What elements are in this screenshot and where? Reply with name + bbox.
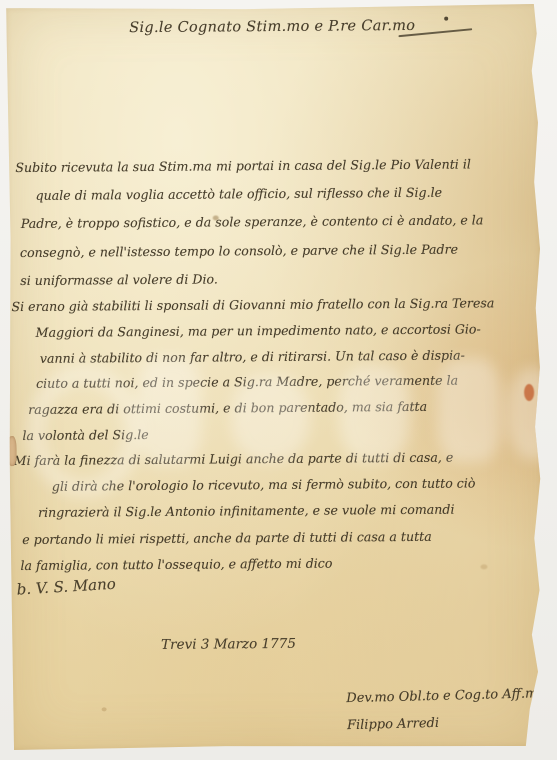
watermark-glyph xyxy=(507,368,544,460)
text-line: gli dirà che l'orologio lo ricevuto, ma … xyxy=(52,471,476,501)
salutation-line: Sig.le Cognato Stim.mo e P.re Car.mo xyxy=(6,17,538,37)
paragraph-2: Si erano già stabiliti li sponsali di Gi… xyxy=(11,290,495,449)
paper-stain xyxy=(213,215,219,220)
paragraph-3: Mi farà la finezza di salutarmi Luigi an… xyxy=(14,444,477,579)
text-line: Mi farà la finezza di salutarmi Luigi an… xyxy=(14,444,476,474)
paper-stain xyxy=(480,564,487,569)
paragraph-1: Subito ricevuta la sua Stim.ma mi portai… xyxy=(15,150,484,295)
text-line: Padre, è troppo sofistico, e da sole spe… xyxy=(21,207,484,239)
text-line: ciuto a tutti noi, ed in specie a Sig.ra… xyxy=(36,368,495,397)
text-line: ragazza era di ottimi costumi, e di bon … xyxy=(28,393,495,422)
paper-stain xyxy=(524,384,534,401)
ink-speck xyxy=(444,17,448,21)
dateline: Trevi 3 Marzo 1775 xyxy=(161,636,296,653)
letter-page: Sig.le Cognato Stim.mo e P.re Car.mo Sub… xyxy=(6,4,544,750)
edge-damage xyxy=(7,436,16,466)
text-line: consegnò, e nell'istesso tempo lo consol… xyxy=(20,235,484,267)
signature-name-line: Filippo Arredi xyxy=(347,707,544,739)
text-line: vanni à stabilito di non far altro, e di… xyxy=(40,342,495,371)
text-line: ringrazierà il Sig.le Antonio infinitame… xyxy=(38,497,476,527)
signature-block: Dev.mo Obl.to e Cog.to Aff.mo Filippo Ar… xyxy=(346,680,544,739)
signature-title-line: Dev.mo Obl.to e Cog.to Aff.mo xyxy=(346,680,544,712)
text-line: Subito ricevuta la sua Stim.ma mi portai… xyxy=(15,150,483,182)
text-line: e portando li miei rispetti, anche da pa… xyxy=(22,523,476,553)
text-line: la famiglia, con tutto l'ossequio, e aff… xyxy=(20,549,476,579)
text-line: Si erano già stabiliti li sponsali di Gi… xyxy=(11,290,494,320)
text-line: Maggiori da Sanginesi, ma per un impedim… xyxy=(36,316,495,345)
paper-stain xyxy=(102,707,107,711)
text-line: quale di mala voglia accettò tale offici… xyxy=(35,179,483,211)
letter-photograph: Sig.le Cognato Stim.mo e P.re Car.mo Sub… xyxy=(0,0,557,760)
